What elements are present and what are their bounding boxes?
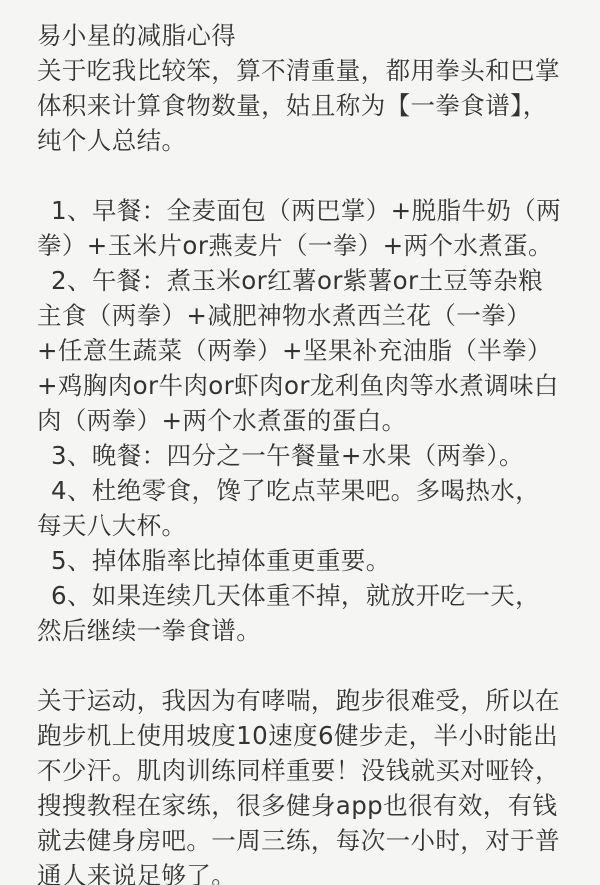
list-item-line: 主食（两拳）+减肥神物水煮西兰花（一拳） [37, 298, 600, 333]
list-item-breakfast: 1、早餐：全麦面包（两巴掌）+脱脂牛奶（两 拳）+玉米片or燕麦片（一拳）+两个… [37, 193, 600, 263]
note-document: 易小星的减脂心得 关于吃我比较笨，算不清重量，都用拳头和巴掌 体积来计算食物数量… [0, 0, 600, 885]
list-item-line: 1、早餐：全麦面包（两巴掌）+脱脂牛奶（两 [37, 193, 600, 228]
list-item-cheat-day: 6、如果连续几天体重不掉，就放开吃一天， 然后继续一拳食谱。 [37, 578, 600, 648]
list-item-dinner: 3、晚餐：四分之一午餐量+水果（两拳）。 [37, 438, 600, 473]
exercise-line: 关于运动，我因为有哮喘，跑步很难受，所以在 [37, 683, 600, 718]
exercise-line: 通人来说足够了。 [37, 858, 600, 885]
list-item-line: +任意生蔬菜（两拳）+坚果补充油脂（半拳） [37, 333, 600, 368]
exercise-line: 就去健身房吧。一周三练，每次一小时，对于普 [37, 823, 600, 858]
list-item-lunch: 2、午餐：煮玉米or红薯or紫薯or土豆等杂粮 主食（两拳）+减肥神物水煮西兰花… [37, 263, 600, 438]
intro-line: 关于吃我比较笨，算不清重量，都用拳头和巴掌 [37, 53, 600, 88]
list-item-line: 6、如果连续几天体重不掉，就放开吃一天， [37, 578, 600, 613]
intro-line: 纯个人总结。 [37, 123, 600, 158]
list-item-line: +鸡胸肉or牛肉or虾肉or龙利鱼肉等水煮调味白 [37, 368, 600, 403]
blank-line [37, 648, 600, 683]
exercise-line: 搜搜教程在家练，很多健身app也很有效，有钱 [37, 788, 600, 823]
list-item-line: 肉（两拳）+两个水煮蛋的蛋白。 [37, 403, 600, 438]
list-item-line: 3、晚餐：四分之一午餐量+水果（两拳）。 [37, 438, 600, 473]
list-item-body-fat: 5、掉体脂率比掉体重更重要。 [37, 543, 600, 578]
exercise-paragraph: 关于运动，我因为有哮喘，跑步很难受，所以在 跑步机上使用坡度10速度6健步走，半… [37, 683, 600, 885]
list-item-line: 4、杜绝零食，馋了吃点苹果吧。多喝热水， [37, 473, 600, 508]
list-item-line: 2、午餐：煮玉米or红薯or紫薯or土豆等杂粮 [37, 263, 600, 298]
list-item-line: 每天八大杯。 [37, 508, 600, 543]
blank-line [37, 158, 600, 193]
list-item-line: 5、掉体脂率比掉体重更重要。 [37, 543, 600, 578]
intro-paragraph: 关于吃我比较笨，算不清重量，都用拳头和巴掌 体积来计算食物数量，姑且称为【一拳食… [37, 53, 600, 158]
list-item-line: 然后继续一拳食谱。 [37, 613, 600, 648]
exercise-line: 不少汗。肌肉训练同样重要！没钱就买对哑铃， [37, 753, 600, 788]
list-item-snacks: 4、杜绝零食，馋了吃点苹果吧。多喝热水， 每天八大杯。 [37, 473, 600, 543]
intro-line: 体积来计算食物数量，姑且称为【一拳食谱】， [37, 88, 600, 123]
exercise-line: 跑步机上使用坡度10速度6健步走，半小时能出 [37, 718, 600, 753]
list-item-line: 拳）+玉米片or燕麦片（一拳）+两个水煮蛋。 [37, 228, 600, 263]
diet-list: 1、早餐：全麦面包（两巴掌）+脱脂牛奶（两 拳）+玉米片or燕麦片（一拳）+两个… [37, 193, 600, 648]
document-title: 易小星的减脂心得 [37, 18, 600, 53]
